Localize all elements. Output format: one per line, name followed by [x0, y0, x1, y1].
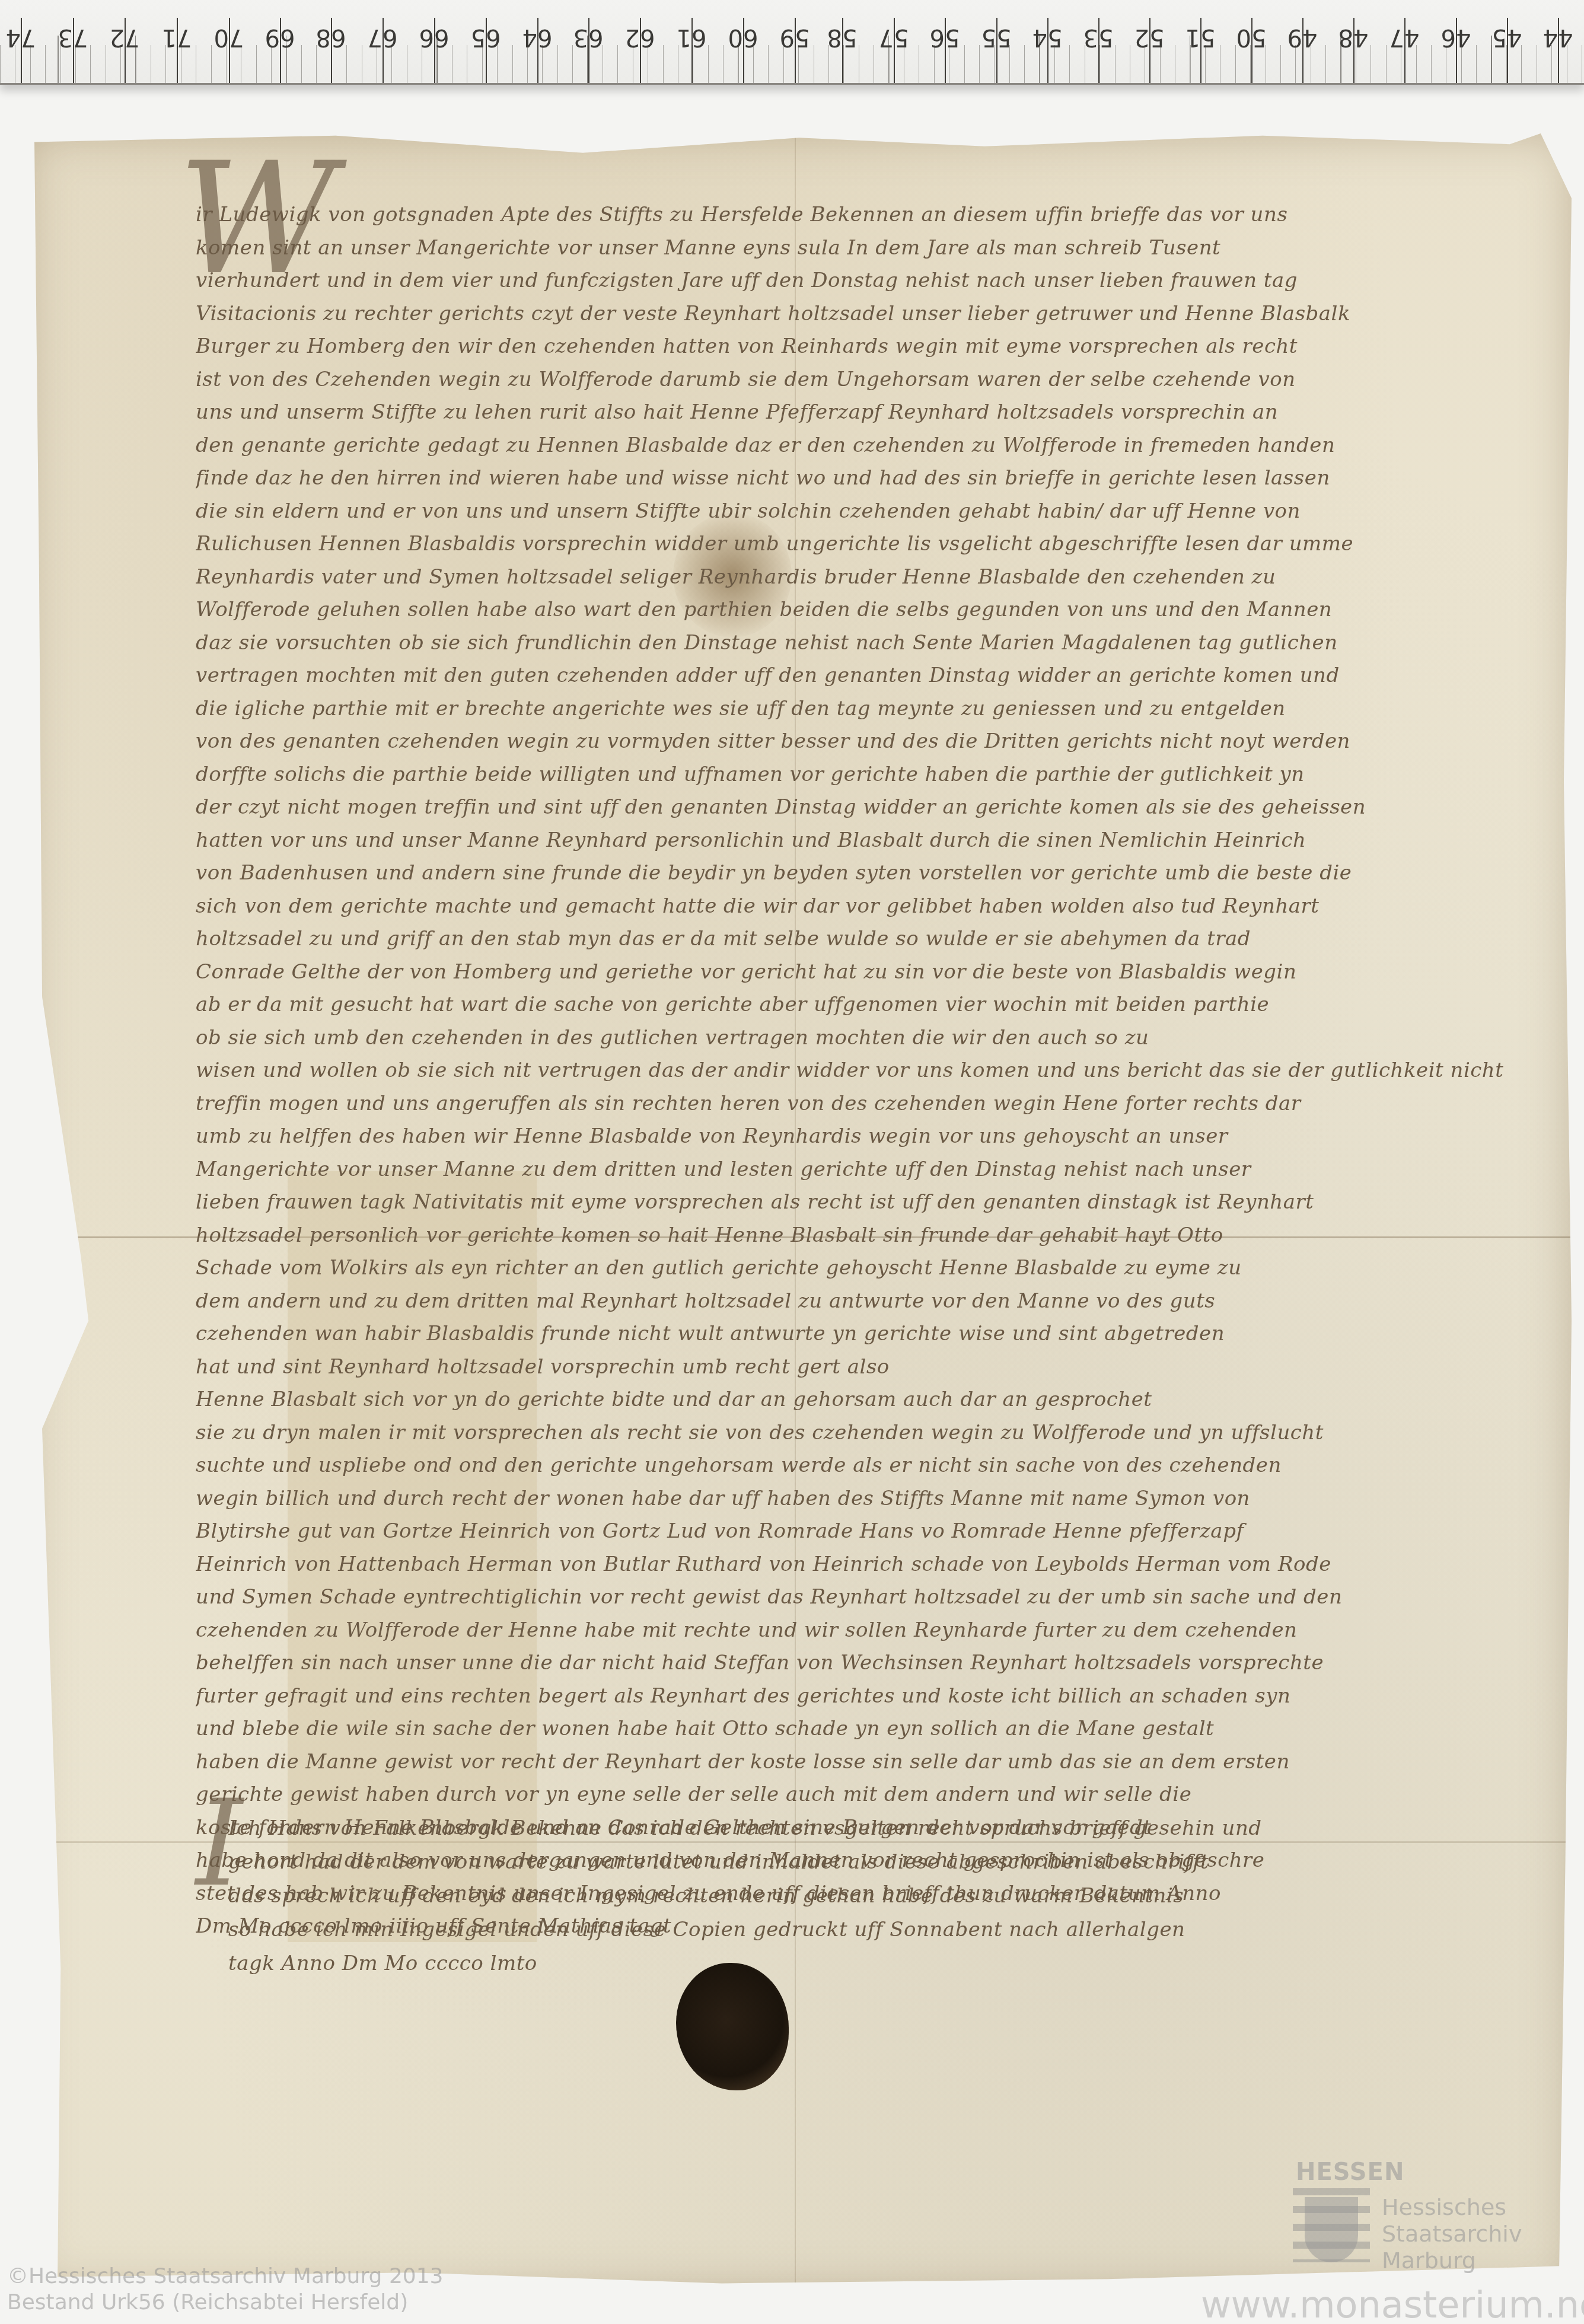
manuscript-line: hatten vor uns und unser Manne Reynhard … [196, 824, 1542, 857]
ruler-major-tick [996, 18, 997, 83]
manuscript-line: holtzsadel zu und griff an den stab myn … [196, 923, 1542, 956]
manuscript-line: gehort had der dem von warte zu warte lu… [228, 1845, 1503, 1879]
manuscript-line: der czyt nicht mogen treffin und sint uf… [196, 791, 1542, 824]
manuscript-line: die sin eldern und er von uns und unsern… [196, 495, 1542, 528]
manuscript-line: treffin mogen und uns angeruffen als sin… [196, 1088, 1542, 1121]
ruler-major-tick [1507, 18, 1508, 83]
ruler-major-tick [1251, 18, 1252, 83]
manuscript-line: furter gefragit und eins rechten begert … [196, 1680, 1542, 1713]
manuscript-line: ist von des Czehenden wegin zu Wolfferod… [196, 364, 1542, 397]
manuscript-line: so habe ich min Ingesigel unden uff dies… [228, 1913, 1503, 1947]
manuscript-line: und blebe die wile sin sache der wonen h… [196, 1713, 1542, 1746]
manuscript-line: suchte und uspliebe ond ond den gerichte… [196, 1449, 1542, 1483]
manuscript-line: von Badenhusen und andern sine frunde di… [196, 857, 1542, 890]
attestation-text: Ich Hans von Falkenbergk Bekenne das ich… [228, 1812, 1503, 1981]
manuscript-line: Heinrich von Hattenbach Herman von Butla… [196, 1548, 1542, 1582]
manuscript-line: umb zu helffen des haben wir Henne Blasb… [196, 1120, 1542, 1153]
manuscript-line: Visitacionis zu rechter gerichts czyt de… [196, 298, 1542, 331]
manuscript-line: vertragen mochten mit den guten czehende… [196, 659, 1542, 693]
manuscript-line: hat und sint Reynhard holtzsadel vorspre… [196, 1351, 1542, 1384]
manuscript-line: komen sint an unser Mangerichte vor unse… [196, 232, 1542, 265]
ruler-major-tick [842, 18, 843, 83]
archive-name-line2: Staatsarchiv [1382, 2221, 1522, 2247]
manuscript-line: wegin billich und durch recht der wonen … [196, 1483, 1542, 1516]
manuscript-line: behelffen sin nach unser unne die dar ni… [196, 1647, 1542, 1680]
manuscript-line: holtzsadel personlich vor gerichte komen… [196, 1219, 1542, 1252]
ruler-major-tick [640, 18, 641, 83]
hessen-logo-title: HESSEN [1296, 2159, 1404, 2186]
collection-watermark: Bestand Urk56 (Reichsabtei Hersfeld) [7, 2290, 408, 2315]
ruler-major-tick [1149, 18, 1150, 83]
manuscript-line: czehenden wan habir Blasbaldis frunde ni… [196, 1318, 1542, 1351]
manuscript-line: haben die Manne gewist vor recht der Rey… [196, 1746, 1542, 1779]
ruler-major-tick [331, 18, 332, 83]
manuscript-line: Ich Hans von Falkenbergk Bekenne das ich… [228, 1812, 1503, 1845]
manuscript-line: das sprech ich uff den eyd den ich mym r… [228, 1879, 1503, 1913]
monasterium-watermark: www.monasterium.net [1201, 2283, 1584, 2324]
manuscript-line: ab er da mit gesucht hat wart die sache … [196, 989, 1542, 1022]
manuscript-line: sie zu dryn malen ir mit vorsprechen als… [196, 1417, 1542, 1450]
manuscript-line: ir Ludewigk von gotsgnaden Apte des Stif… [196, 199, 1542, 232]
manuscript-line: wisen und wollen ob sie sich nit vertrug… [196, 1054, 1542, 1088]
ruler-major-tick [1404, 18, 1405, 83]
ruler-major-tick [588, 18, 589, 83]
ruler-major-tick [795, 18, 796, 83]
charter-main-text: ir Ludewigk von gotsgnaden Apte des Stif… [196, 199, 1542, 1943]
ruler-major-tick [383, 18, 384, 83]
ruler-major-tick [434, 18, 435, 83]
ruler-major-tick [894, 18, 895, 83]
manuscript-line: daz sie vorsuchten ob sie sich frundlich… [196, 627, 1542, 660]
manuscript-line: Conrade Gelthe der von Homberg und gerie… [196, 956, 1542, 989]
ruler-major-tick [229, 18, 230, 83]
ruler-major-tick [1456, 18, 1457, 83]
ruler-major-tick [1302, 18, 1303, 83]
manuscript-line: finde daz he den hirren ind wieren habe … [196, 462, 1542, 495]
manuscript-line: Mangerichte vor unser Manne zu dem dritt… [196, 1153, 1542, 1187]
ruler-major-tick [743, 18, 744, 83]
ruler-major-tick [1098, 18, 1099, 83]
ruler-major-tick [1047, 18, 1048, 83]
hessen-shield-icon [1305, 2197, 1358, 2262]
manuscript-line: Reynhardis vater und Symen holtzsadel se… [196, 561, 1542, 594]
ruler-major-tick [486, 18, 487, 83]
archive-name-line1: Hessisches [1382, 2194, 1506, 2220]
ruler-major-tick [73, 18, 74, 83]
ruler-major-tick [21, 18, 22, 83]
ruler-major-tick [1558, 18, 1559, 83]
ruler-major-tick [177, 18, 178, 83]
manuscript-line: gerichte gewist haben durch vor yn eyne … [196, 1778, 1542, 1812]
manuscript-line: czehenden zu Wolfferode der Henne habe m… [196, 1614, 1542, 1647]
manuscript-line: sich von dem gerichte machte und gemacht… [196, 890, 1542, 923]
measuring-ruler: 7473727170696867666564636261605958575655… [0, 0, 1584, 85]
ruler-major-tick [691, 18, 693, 83]
manuscript-line: von des genanten czehenden wegin zu vorm… [196, 725, 1542, 758]
ruler-major-tick [1200, 18, 1201, 83]
manuscript-line: tagk Anno Dm Mo cccco lmto [228, 1947, 1503, 1981]
archive-name-line3: Marburg [1382, 2248, 1476, 2274]
ruler-major-tick [537, 18, 538, 83]
manuscript-line: Schade vom Wolkirs als eyn richter an de… [196, 1252, 1542, 1285]
manuscript-line: ob sie sich umb den czehenden in des gut… [196, 1022, 1542, 1055]
manuscript-line: uns und unserm Stiffte zu lehen rurit al… [196, 396, 1542, 429]
ruler-major-tick [1353, 18, 1354, 83]
manuscript-line: dem andern und zu dem dritten mal Reynha… [196, 1285, 1542, 1318]
ruler-major-tick [280, 18, 281, 83]
manuscript-line: Rulichusen Hennen Blasbaldis vorsprechin… [196, 528, 1542, 561]
manuscript-line: und Symen Schade eyntrechtiglichin vor r… [196, 1581, 1542, 1614]
copyright-watermark: ©Hessisches Staatsarchiv Marburg 2013 [7, 2264, 444, 2288]
manuscript-line: den genante gerichte gedagt zu Hennen Bl… [196, 429, 1542, 463]
manuscript-line: vierhundert und in dem vier und funfczig… [196, 264, 1542, 298]
manuscript-line: dorffte solichs die parthie beide willig… [196, 758, 1542, 792]
manuscript-line: Burger zu Homberg den wir den czehenden … [196, 330, 1542, 364]
ruler-major-tick [125, 18, 126, 83]
manuscript-line: die igliche parthie mit er brechte anger… [196, 693, 1542, 726]
manuscript-line: lieben frauwen tagk Nativitatis mit eyme… [196, 1186, 1542, 1219]
manuscript-line: Blytirshe gut van Gortze Heinrich von Go… [196, 1515, 1542, 1548]
manuscript-line: Henne Blasbalt sich vor yn do gerichte b… [196, 1383, 1542, 1417]
ruler-major-tick [945, 18, 946, 83]
manuscript-line: Wolfferode geluhen sollen habe also wart… [196, 594, 1542, 627]
